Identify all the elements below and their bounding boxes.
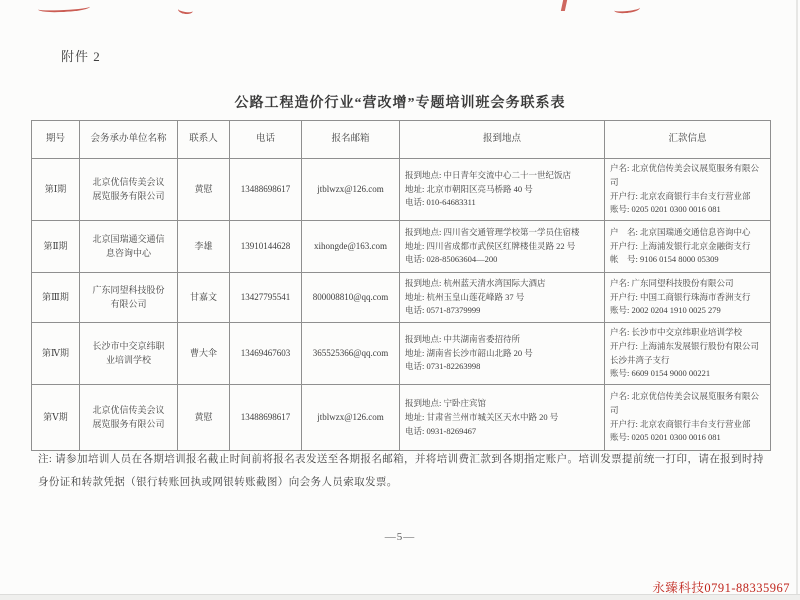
table-row: 第Ⅱ期 北京国瑞通交通信息咨询中心 李雄 13910144628 xihongd…	[32, 221, 771, 273]
payment-line: 账号: 2002 0204 1910 0025 279	[610, 304, 765, 318]
red-edge-mark-icon	[178, 5, 194, 15]
email-cell: xihongde@163.com	[302, 221, 400, 273]
phone-cell: 13910144628	[230, 221, 302, 273]
payment-line: 户名: 长沙市中交京纬职业培训学校	[610, 326, 765, 340]
payment-line: 账号: 0205 0201 0300 0016 081	[610, 203, 765, 217]
phone-cell: 13488698617	[230, 385, 302, 451]
payment-cell: 户名: 长沙市中交京纬职业培训学校 开户行: 上海浦东发展银行股份有限公司长沙井…	[605, 323, 771, 385]
location-line: 电话: 0731-82263998	[405, 360, 599, 374]
organizer-cell: 北京优信传美会议展览服务有限公司	[80, 159, 178, 221]
payment-line: 户 名: 北京国瑞通交通信息咨询中心	[610, 226, 765, 240]
table-row: 第Ⅴ期 北京优信传美会议展览服务有限公司 黄慰 13488698617 jtbl…	[32, 385, 771, 451]
location-line: 地址: 杭州玉皇山莲花峰路 37 号	[405, 291, 599, 305]
organizer-cell: 广东同望科技股份有限公司	[80, 273, 178, 323]
red-edge-mark-icon	[561, 0, 567, 11]
location-cell: 报到地点: 四川省交通管理学校第一学员住宿楼 地址: 四川省成都市武侯区红牌楼佳…	[400, 221, 605, 273]
column-header-location: 报到地点	[400, 121, 605, 159]
column-header-period: 期号	[32, 121, 80, 159]
location-line: 地址: 北京市朝阳区亮马桥路 40 号	[405, 183, 599, 197]
location-cell: 报到地点: 宁卧庄宾馆 地址: 甘肃省兰州市城关区天水中路 20 号 电话: 0…	[400, 385, 605, 451]
attachment-label: 附件 2	[61, 46, 101, 65]
column-header-phone: 电话	[230, 121, 302, 159]
organizer-cell: 北京优信传美会议展览服务有限公司	[80, 385, 178, 451]
payment-line: 开户行: 上海浦发银行北京金融街支行	[610, 240, 765, 254]
payment-line: 户名: 北京优信传美会议展览服务有限公司	[610, 390, 765, 418]
organizer-cell: 长沙市中交京纬职业培训学校	[80, 323, 178, 385]
location-cell: 报到地点: 中日青年交流中心二十一世纪饭店 地址: 北京市朝阳区亮马桥路 40 …	[400, 159, 605, 221]
phone-cell: 13469467603	[230, 323, 302, 385]
period-cell: 第Ⅲ期	[32, 273, 80, 323]
scan-edge	[796, 0, 798, 600]
payment-line: 开户行: 北京农商银行丰台支行营业部	[610, 190, 765, 204]
column-header-contact: 联系人	[178, 121, 230, 159]
location-line: 地址: 四川省成都市武侯区红牌楼佳灵路 22 号	[405, 240, 599, 254]
email-cell: 800008810@qq.com	[302, 273, 400, 323]
contact-cell: 曹大伞	[178, 323, 230, 385]
payment-cell: 户名: 广东同望科技股份有限公司 开户行: 中国工商银行珠海市香洲支行 账号: …	[605, 273, 771, 323]
location-line: 地址: 湖南省长沙市韶山北路 20 号	[405, 347, 599, 361]
table-row: 第Ⅰ期 北京优信传美会议展览服务有限公司 黄慰 13488698617 jtbl…	[32, 159, 771, 221]
red-edge-mark-icon	[38, 3, 90, 14]
period-cell: 第Ⅳ期	[32, 323, 80, 385]
red-edge-mark-icon	[614, 4, 641, 15]
period-cell: 第Ⅴ期	[32, 385, 80, 451]
location-cell: 报到地点: 中共湖南省委招待所 地址: 湖南省长沙市韶山北路 20 号 电话: …	[400, 323, 605, 385]
phone-cell: 13488698617	[230, 159, 302, 221]
contact-cell: 甘嘉文	[178, 273, 230, 323]
table-row: 第Ⅲ期 广东同望科技股份有限公司 甘嘉文 13427795541 8000088…	[32, 273, 771, 323]
contact-cell: 黄慰	[178, 385, 230, 451]
scanned-document-page: 附件 2 公路工程造价行业“营改增”专题培训班会务联系表 期号 会务承办单位名称…	[0, 0, 800, 600]
period-cell: 第Ⅰ期	[32, 159, 80, 221]
column-header-organizer: 会务承办单位名称	[80, 121, 178, 159]
payment-cell: 户名: 北京优信传美会议展览服务有限公司 开户行: 北京农商银行丰台支行营业部 …	[605, 385, 771, 451]
payment-line: 户名: 北京优信传美会议展览服务有限公司	[610, 162, 765, 190]
email-cell: jtblwzx@126.com	[302, 159, 400, 221]
scan-edge	[0, 595, 800, 600]
location-line: 报到地点: 中日青年交流中心二十一世纪饭店	[405, 169, 599, 183]
column-header-email: 报名邮箱	[302, 121, 400, 159]
payment-line: 账号: 6609 0154 9000 00221	[610, 367, 765, 381]
organizer-cell: 北京国瑞通交通信息咨询中心	[80, 221, 178, 273]
email-cell: 365525366@qq.com	[302, 323, 400, 385]
contact-table: 期号 会务承办单位名称 联系人 电话 报名邮箱 报到地点 汇款信息 第Ⅰ期 北京…	[31, 120, 771, 451]
location-line: 报到地点: 宁卧庄宾馆	[405, 397, 599, 411]
payment-cell: 户名: 北京优信传美会议展览服务有限公司 开户行: 北京农商银行丰台支行营业部 …	[605, 159, 771, 221]
payment-line: 户名: 广东同望科技股份有限公司	[610, 277, 765, 291]
contact-cell: 李雄	[178, 221, 230, 273]
page-title: 公路工程造价行业“营改增”专题培训班会务联系表	[0, 92, 800, 112]
email-cell: jtblwzx@126.com	[302, 385, 400, 451]
location-cell: 报到地点: 杭州蓝天清水湾国际大酒店 地址: 杭州玉皇山莲花峰路 37 号 电话…	[400, 273, 605, 323]
table-header-row: 期号 会务承办单位名称 联系人 电话 报名邮箱 报到地点 汇款信息	[32, 121, 771, 159]
location-line: 电话: 0931-8269467	[405, 425, 599, 439]
location-line: 报到地点: 四川省交通管理学校第一学员住宿楼	[405, 226, 599, 240]
footnote-text: 注: 请参加培训人员在各期培训报名截止时间前将报名表发送至各期报名邮箱，并将培训…	[38, 449, 770, 494]
contact-cell: 黄慰	[178, 159, 230, 221]
payment-line: 帐 号: 9106 0154 8000 05309	[610, 253, 765, 267]
payment-line: 账号: 0205 0201 0300 0016 081	[610, 431, 765, 445]
column-header-payment: 汇款信息	[605, 121, 771, 159]
location-line: 报到地点: 中共湖南省委招待所	[405, 333, 599, 347]
payment-line: 开户行: 北京农商银行丰台支行营业部	[610, 418, 765, 432]
location-line: 电话: 028-85063604—200	[405, 253, 599, 267]
location-line: 地址: 甘肃省兰州市城关区天水中路 20 号	[405, 411, 599, 425]
payment-line: 开户行: 上海浦东发展银行股份有限公司长沙井湾子支行	[610, 340, 765, 368]
location-line: 报到地点: 杭州蓝天清水湾国际大酒店	[405, 277, 599, 291]
page-number: —5—	[0, 531, 800, 543]
location-line: 电话: 010-64683311	[405, 196, 599, 210]
phone-cell: 13427795541	[230, 273, 302, 323]
payment-cell: 户 名: 北京国瑞通交通信息咨询中心 开户行: 上海浦发银行北京金融街支行 帐 …	[605, 221, 771, 273]
location-line: 电话: 0571-87379999	[405, 304, 599, 318]
payment-line: 开户行: 中国工商银行珠海市香洲支行	[610, 291, 765, 305]
period-cell: 第Ⅱ期	[32, 221, 80, 273]
table-row: 第Ⅳ期 长沙市中交京纬职业培训学校 曹大伞 13469467603 365525…	[32, 323, 771, 385]
